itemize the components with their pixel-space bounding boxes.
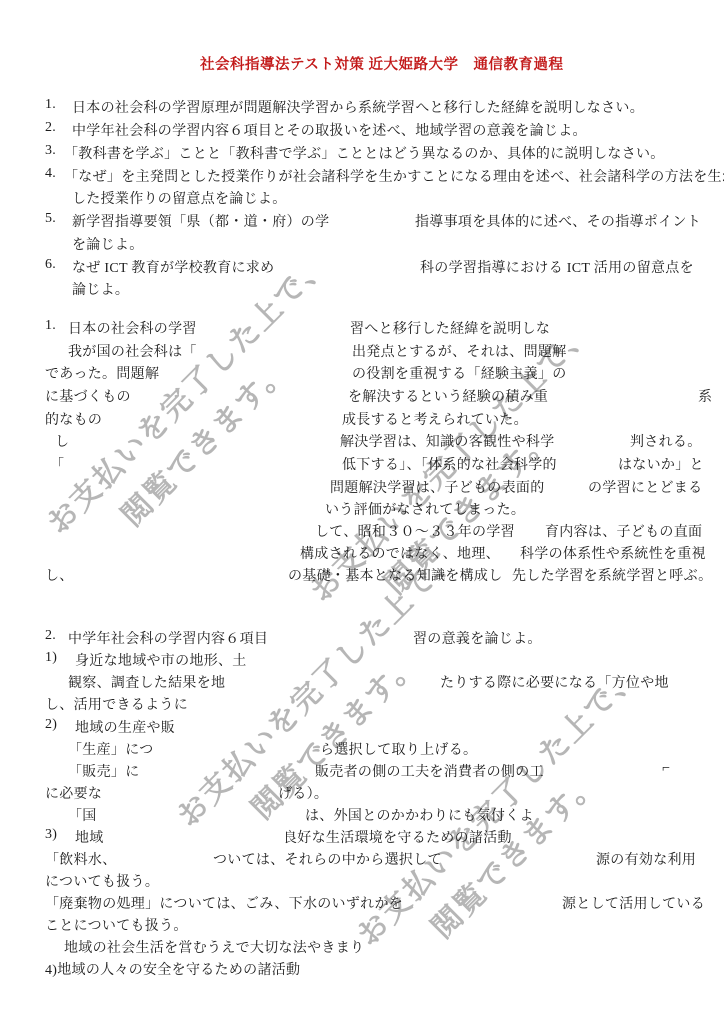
answer1-line-10: 構成されるのではなく、地理、科学の体系性や系統性を重視 bbox=[0, 543, 724, 563]
text-fragment: 2) bbox=[45, 717, 57, 733]
text-fragment: 指導事項を具体的に述べ、その指導ポイント bbox=[415, 211, 701, 231]
text-fragment: 源の有効な利用 bbox=[596, 849, 696, 869]
answer2-line-5: に必要なげる）。 bbox=[0, 783, 724, 803]
question-1: 1.日本の社会科の学習原理が問題解決学習から系統学習へと移行した経緯を説明しなさ… bbox=[0, 97, 724, 117]
answer2-line-10: ことについても扱う。 bbox=[0, 915, 724, 935]
text-fragment: し、 bbox=[45, 565, 74, 585]
answer2-line-6: 「国は、外国とのかかわりにも気付くよ bbox=[0, 805, 724, 825]
text-fragment: いう評価がなされてしまった。 bbox=[325, 499, 525, 519]
answer2-line-1: 観察、調査した結果を地たりする際に必要になる「方位や地 bbox=[0, 672, 724, 692]
text-fragment: 「 bbox=[50, 454, 64, 474]
text-fragment: 「なぜ」を主発問とした授業作りが社会諸科学を生かすことになる理由を述べ、社会諸科… bbox=[64, 166, 724, 186]
text-fragment: 的なもの bbox=[45, 409, 102, 429]
text-fragment: を論じよ。 bbox=[72, 234, 144, 254]
answer2-item-1: 1)身近な地域や市の地形、土 bbox=[0, 650, 724, 670]
text-fragment: に必要な bbox=[45, 783, 102, 803]
text-fragment: ⌐ bbox=[662, 761, 670, 777]
text-fragment: なぜ ICT 教育が学校教育に求め bbox=[72, 257, 274, 277]
text-fragment: 地域 bbox=[75, 827, 104, 847]
text-fragment: についても扱う。 bbox=[45, 871, 159, 891]
text-fragment: 育内容は、子どもの直面 bbox=[545, 521, 702, 541]
text-fragment: 2. bbox=[45, 120, 56, 136]
question-6-cont: 論じよ。 bbox=[0, 279, 724, 299]
answer2-line-11: 地域の社会生活を営むうえで大切な法やきまり bbox=[0, 937, 724, 957]
answer1-line-8: いう評価がなされてしまった。 bbox=[0, 499, 724, 519]
text-fragment: 構成されるのではなく、地理、 bbox=[300, 543, 500, 563]
text-fragment: 日本の社会科の学習 bbox=[68, 318, 197, 338]
answer2-item-2: 2)地域の生産や販 bbox=[0, 717, 724, 737]
answer1-line-6: 「低下する」、「体系的な社会科学的はないか」と bbox=[0, 454, 724, 474]
text-fragment: 「販売」に bbox=[68, 761, 140, 781]
text-fragment: 「飲料水、 bbox=[45, 849, 117, 869]
text-fragment: 1) bbox=[45, 650, 57, 666]
text-fragment: 6. bbox=[45, 257, 56, 273]
text-fragment: 地域の生産や販 bbox=[75, 717, 175, 737]
text-fragment: 先した学習を系統学習と呼ぶ。 bbox=[512, 565, 712, 585]
text-fragment: 日本の社会科の学習原理が問題解決学習から系統学習へと移行した経緯を説明しなさい。 bbox=[72, 97, 644, 117]
text-fragment: 販売者の側の工夫を消費者の側の工 bbox=[315, 761, 544, 781]
answer2-heading: 2.中学年社会科の学習内容６項目習の意義を論じよ。 bbox=[0, 628, 724, 648]
answer1-line-9: して、昭和３０～３３年の学習育内容は、子どもの直面 bbox=[0, 521, 724, 541]
text-fragment: 4)地域の人々の安全を守るための諸活動 bbox=[45, 959, 300, 979]
text-fragment: 習の意義を論じよ。 bbox=[413, 628, 542, 648]
text-fragment: 源として活用している bbox=[562, 893, 705, 913]
question-5-cont: を論じよ。 bbox=[0, 234, 724, 254]
answer1-line-3: に基づくものを解決するという経験の積み重系 bbox=[0, 386, 724, 406]
answer1-line-11: し、の基礎・基本となる知識を構成し先した学習を系統学習と呼ぶ。 bbox=[0, 565, 724, 585]
text-fragment: 観察、調査した結果を地 bbox=[68, 672, 225, 692]
question-6: 6.なぜ ICT 教育が学校教育に求め科の学習指導における ICT 活用の留意点… bbox=[0, 257, 724, 277]
text-layer: 社会科指導法テスト対策 近大姫路大学 通信教育過程 1.日本の社会科の学習原理が… bbox=[0, 0, 724, 1024]
text-fragment: 3) bbox=[45, 827, 57, 843]
text-fragment: ら選択して取り上げる。 bbox=[320, 739, 477, 759]
answer2-line-7: 「飲料水、ついては、それらの中から選択して源の有効な利用 bbox=[0, 849, 724, 869]
text-fragment: 2. bbox=[45, 628, 56, 644]
text-fragment: はないか」と bbox=[618, 454, 704, 474]
answer1-line-5: し解決学習は、知識の客観性や科学判される。 bbox=[0, 431, 724, 451]
question-5: 5.新学習指導要領「県（都・道・府）の学指導事項を具体的に述べ、その指導ポイント bbox=[0, 211, 724, 231]
text-fragment: 科の学習指導における ICT 活用の留意点を bbox=[420, 257, 694, 277]
text-fragment: 「教科書を学ぶ」ことと「教科書で学ぶ」こととはどう異なるのか、具体的に説明しなさ… bbox=[64, 143, 665, 163]
text-fragment: に基づくもの bbox=[45, 386, 131, 406]
answer1-heading: 1.日本の社会科の学習習へと移行した経緯を説明しな bbox=[0, 318, 724, 338]
answer2-line-9: 「廃棄物の処理」については、ごみ、下水のいずれかを源として活用している bbox=[0, 893, 724, 913]
text-fragment: 1. bbox=[45, 318, 56, 334]
question-3: 3.「教科書を学ぶ」ことと「教科書で学ぶ」こととはどう異なるのか、具体的に説明し… bbox=[0, 143, 724, 163]
question-4-cont: した授業作りの留意点を論じよ。 bbox=[0, 188, 724, 208]
text-fragment: 「生産」につ bbox=[68, 739, 154, 759]
text-fragment: の役割を重視する「経験主義」の bbox=[352, 363, 567, 383]
text-fragment: げる）。 bbox=[278, 783, 328, 803]
answer1-line-2: であった。問題解の役割を重視する「経験主義」の bbox=[0, 363, 724, 383]
text-fragment: の基礎・基本となる知識を構成し bbox=[288, 565, 503, 585]
answer2-line-2: し、活用できるように bbox=[0, 694, 724, 714]
text-fragment: 習へと移行した経緯を説明しな bbox=[350, 318, 550, 338]
text-fragment: 判される。 bbox=[630, 431, 702, 451]
answer2-line-4: 「販売」に販売者の側の工夫を消費者の側の工⌐ bbox=[0, 761, 724, 781]
text-fragment: 出発点とするが、それは、問題解 bbox=[352, 341, 567, 361]
document-page: お支払いを完了した上で、閲覧できます。お支払いを完了した上で、閲覧できます。お支… bbox=[0, 0, 724, 1024]
answer2-line-3: 「生産」につら選択して取り上げる。 bbox=[0, 739, 724, 759]
text-fragment: を解決するという経験の積み重 bbox=[348, 386, 548, 406]
text-fragment: 新学習指導要領「県（都・道・府）の学 bbox=[72, 211, 329, 231]
text-fragment: 4. bbox=[45, 166, 56, 182]
text-fragment: 問題解決学習は、子どもの表面的 bbox=[330, 477, 545, 497]
text-fragment: 低下する」、「体系的な社会科学的 bbox=[342, 454, 557, 474]
text-fragment: 解決学習は、知識の客観性や科学 bbox=[340, 431, 555, 451]
text-fragment: たりする際に必要になる「方位や地 bbox=[440, 672, 669, 692]
text-fragment: 我が国の社会科は「 bbox=[68, 341, 197, 361]
answer1-line-7: 問題解決学習は、子どもの表面的の学習にとどまる bbox=[0, 477, 724, 497]
answer2-item-3: 3)地域良好な生活環境を守るための諸活動 bbox=[0, 827, 724, 847]
text-fragment: 成長すると考えられていた。 bbox=[342, 409, 528, 429]
answer1-line-1: 我が国の社会科は「出発点とするが、それは、問題解 bbox=[0, 341, 724, 361]
text-fragment: 中学年社会科の学習内容６項目 bbox=[68, 628, 268, 648]
text-fragment: 良好な生活環境を守るための諸活動 bbox=[283, 827, 512, 847]
text-fragment: 5. bbox=[45, 211, 56, 227]
text-fragment: は、外国とのかかわりにも気付くよ bbox=[305, 805, 534, 825]
text-fragment: して、昭和３０～３３年の学習 bbox=[315, 521, 515, 541]
text-fragment: ついては、それらの中から選択して bbox=[213, 849, 442, 869]
text-fragment: 3. bbox=[45, 143, 56, 159]
answer1-line-4: 的なもの成長すると考えられていた。 bbox=[0, 409, 724, 429]
text-fragment: の学習にとどまる bbox=[588, 477, 702, 497]
text-fragment: し bbox=[55, 431, 69, 451]
text-fragment: 1. bbox=[45, 97, 56, 113]
question-2: 2.中学年社会科の学習内容６項目とその取扱いを述べ、地域学習の意義を論じよ。 bbox=[0, 120, 724, 140]
text-fragment: ことについても扱う。 bbox=[45, 915, 188, 935]
text-fragment: 地域の社会生活を営むうえで大切な法やきまり bbox=[64, 937, 364, 957]
document-title: 社会科指導法テスト対策 近大姫路大学 通信教育過程 bbox=[200, 53, 564, 74]
text-fragment: 中学年社会科の学習内容６項目とその取扱いを述べ、地域学習の意義を論じよ。 bbox=[72, 120, 587, 140]
text-fragment: した授業作りの留意点を論じよ。 bbox=[72, 188, 287, 208]
question-4: 4.「なぜ」を主発問とした授業作りが社会諸科学を生かすことになる理由を述べ、社会… bbox=[0, 166, 724, 186]
text-fragment: 身近な地域や市の地形、土 bbox=[75, 650, 247, 670]
text-fragment: し、活用できるように bbox=[45, 694, 188, 714]
answer2-item-4: 4)地域の人々の安全を守るための諸活動 bbox=[0, 959, 724, 979]
text-fragment: であった。問題解 bbox=[45, 363, 159, 383]
text-fragment: 「国 bbox=[68, 805, 97, 825]
text-fragment: 系 bbox=[698, 386, 712, 406]
text-fragment: 論じよ。 bbox=[72, 279, 129, 299]
answer2-line-8: についても扱う。 bbox=[0, 871, 724, 891]
text-fragment: 科学の体系性や系統性を重視 bbox=[520, 543, 706, 563]
text-fragment: 「廃棄物の処理」については、ごみ、下水のいずれかを bbox=[45, 893, 403, 913]
